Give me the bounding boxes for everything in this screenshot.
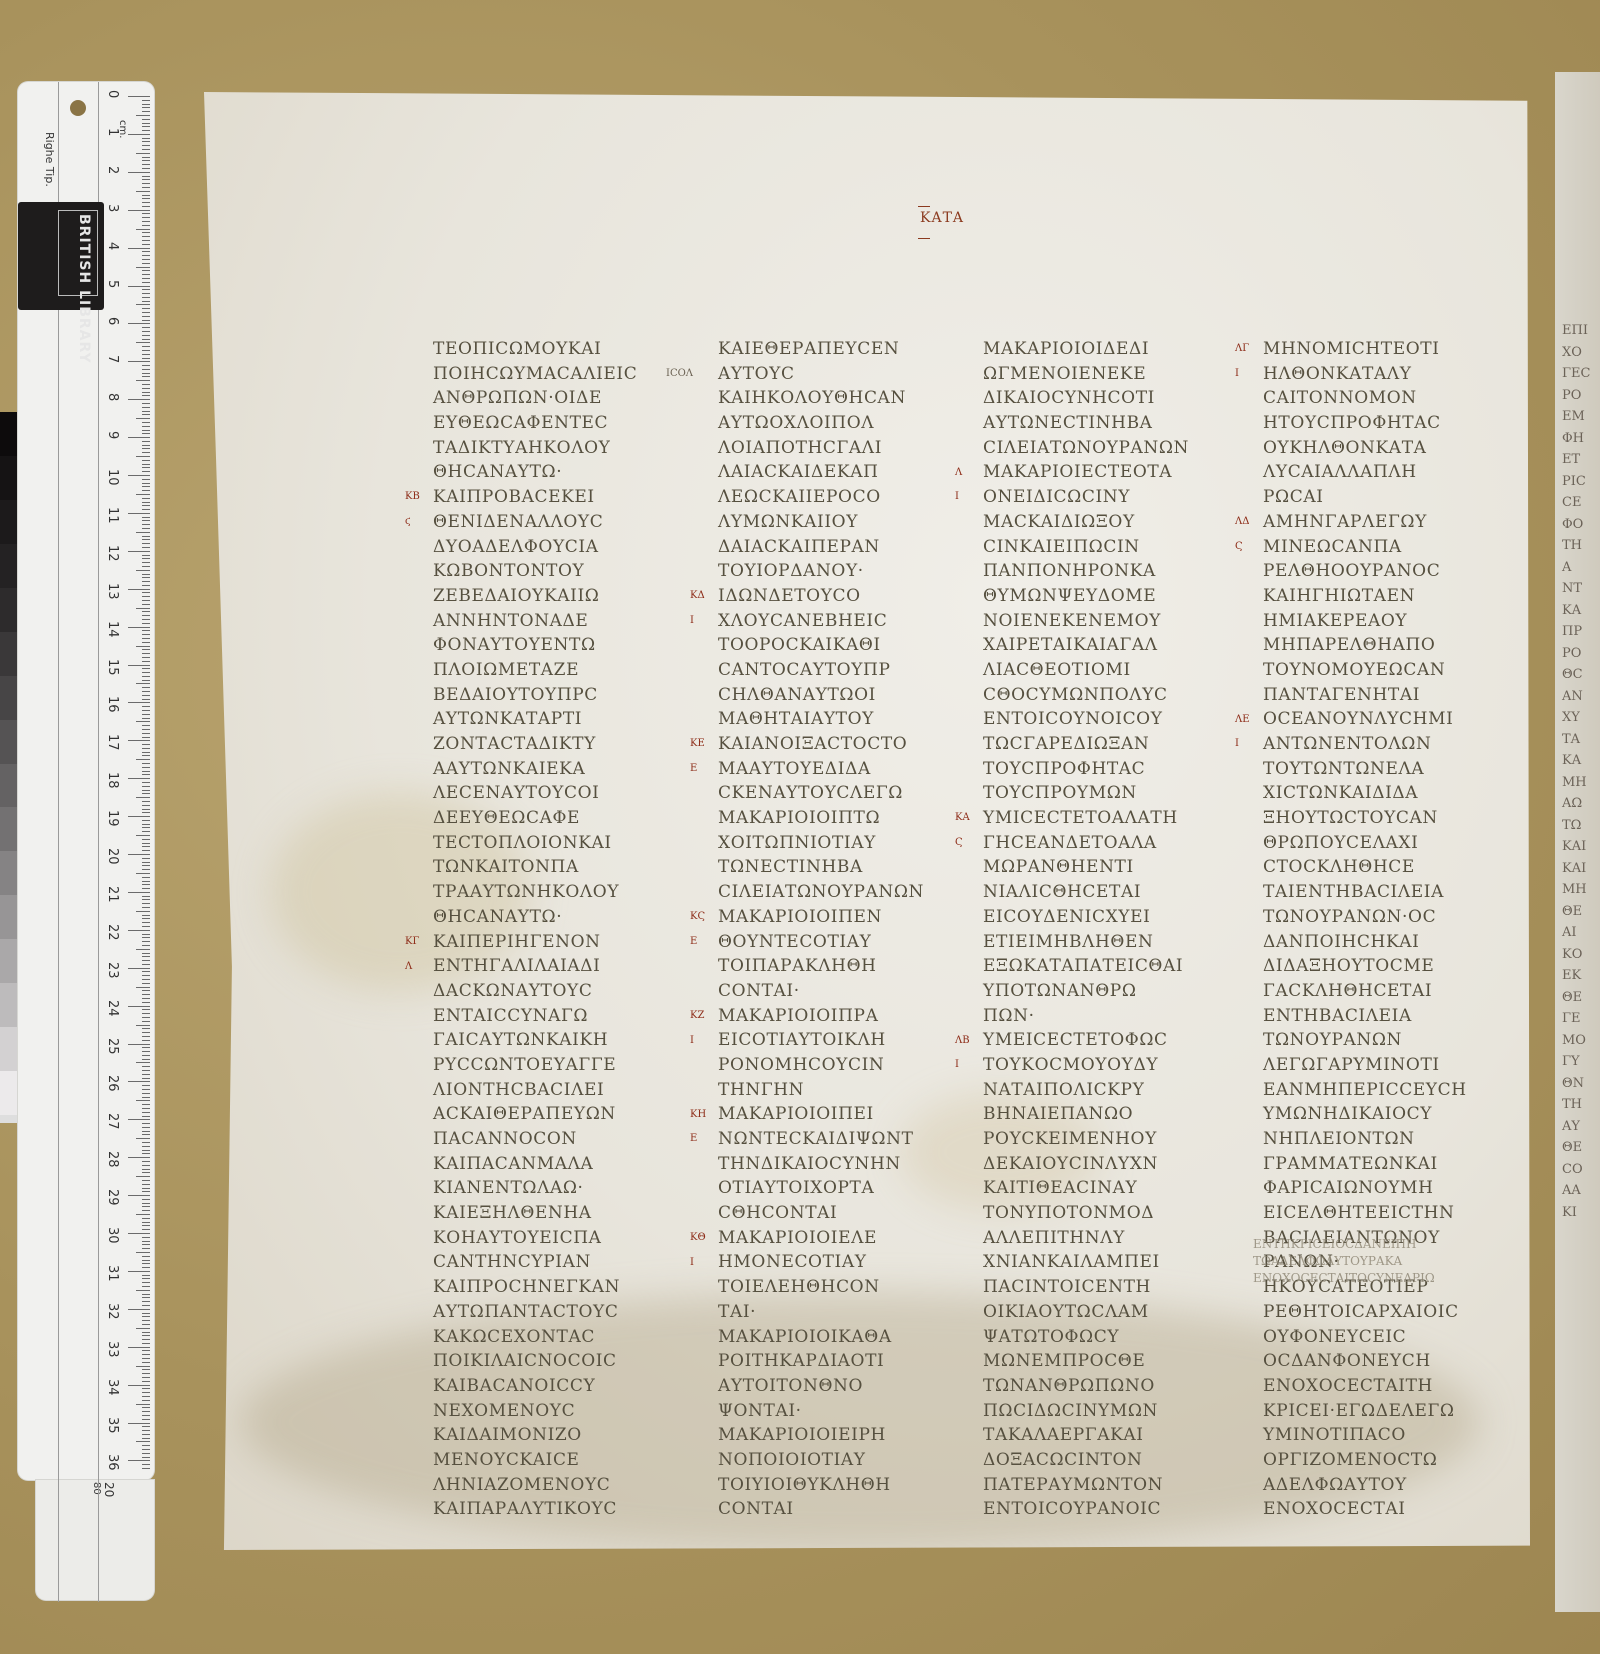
marginal-section-number: Ι — [690, 1257, 694, 1268]
ruler-bottom-tab: 20 80 — [36, 1480, 154, 1600]
ruler-tick — [142, 160, 150, 161]
ruler-tick — [142, 126, 150, 127]
ruler-tick — [142, 881, 150, 882]
marginal-section-number: Ϛ — [955, 837, 963, 848]
centimetre-scale: 0123456789101112131415161718192021222324… — [104, 96, 150, 1496]
marginal-section-number: Ι — [1235, 738, 1239, 749]
manuscript-line: ΤΗΝΓΗΝ — [718, 1078, 924, 1103]
marginal-section-number: ΚΓ — [405, 936, 419, 947]
photograph-scene: 20 80 0123456789101112131415161718192021… — [0, 0, 1600, 1654]
manuscript-line: ΝΟΠΟΙΟΙΟΤΙΑΥ — [718, 1448, 924, 1473]
ruler-tick — [142, 107, 150, 108]
cm-label: 30 — [105, 1227, 120, 1244]
ruler-tick — [128, 134, 150, 135]
ruler-tick — [142, 138, 150, 139]
ruler-tick — [142, 839, 150, 840]
ruler-tick — [142, 1381, 150, 1382]
ruler-tick — [142, 786, 150, 787]
ruler-tick — [142, 388, 150, 389]
ruler-tick — [142, 100, 150, 101]
ruler-tick — [136, 115, 150, 116]
ruler-tick — [142, 1362, 150, 1363]
ruler-tick — [128, 286, 150, 287]
ruler-tick — [142, 1206, 150, 1207]
ruler-tick — [142, 471, 150, 472]
manuscript-line: ΛΕΩϹΚΑΙΙΕΡΟϹΟ — [718, 485, 924, 510]
manuscript-line: ΓΡΑΜΜΑΤΕΩΝΚΑΙ — [1263, 1152, 1467, 1177]
ruler-tick — [142, 547, 150, 548]
ruler-tick — [142, 104, 150, 105]
ruler-tick — [142, 1241, 150, 1242]
ruler-tick — [142, 956, 150, 957]
manuscript-line: ΑΥΤΩΝΚΑΤΑΡΤΙ — [433, 707, 637, 732]
ruler-tick — [142, 145, 150, 146]
ruler-tick — [142, 1419, 150, 1420]
ruler-tick — [142, 1188, 150, 1189]
ruler-tick — [136, 532, 150, 533]
ruler-tick — [142, 1059, 150, 1060]
ruler-tick — [142, 615, 150, 616]
ruler-tick — [142, 1180, 150, 1181]
ruler-tick — [142, 1237, 150, 1238]
ruler-tick — [142, 771, 150, 772]
marginal-section-number: Ι — [955, 1059, 959, 1070]
ruler-tick — [142, 1332, 150, 1333]
manuscript-line: ΛΟΙΑΠΟΤΗϹΓΑΛΙ — [718, 436, 924, 461]
manuscript-line: ΚΑΚΩϹΕΧΟΝΤΑϹ — [433, 1325, 637, 1350]
ruler-tick — [142, 1430, 150, 1431]
ruler-tick — [128, 930, 150, 931]
manuscript-line: ΜΗΝΟΜΙϹΗΤΕΟΤΙ — [1263, 337, 1467, 362]
ruler-tick — [142, 392, 150, 393]
ruler-tick — [142, 566, 150, 567]
ruler-tick — [142, 661, 150, 662]
manuscript-line: ΠΩϹΙΔΩϹΙΝΥΜΩΝ — [983, 1399, 1189, 1424]
ruler-tick — [142, 206, 150, 207]
ruler-tick — [142, 183, 150, 184]
manuscript-line: ΚΑΙΑΝΟΙΞΑϹΤΟϹΤΟ — [718, 732, 924, 757]
ruler-tick — [142, 293, 150, 294]
ruler-tick — [142, 1278, 150, 1279]
ruler-tick — [142, 604, 150, 605]
ruler-tick — [142, 403, 150, 404]
ruler-tick — [142, 1066, 150, 1067]
ruler-tick — [142, 1407, 150, 1408]
manuscript-line: ΥΜΙΝΟΤΙΠΑϹΟ — [1263, 1423, 1467, 1448]
manuscript-line: ΛΗΝΙΑΖΟΜΕΝΟΥϹ — [433, 1473, 637, 1498]
ruler-tick — [142, 278, 150, 279]
ruler-tick — [142, 718, 150, 719]
ruler-tick — [136, 1366, 150, 1367]
cm-label: 36 — [105, 1454, 120, 1471]
cm-label: 2 — [105, 166, 120, 174]
ruler-tick — [136, 646, 150, 647]
ruler-tick — [142, 1134, 150, 1135]
manuscript-line: ΠΑΤΕΡΑΥΜΩΝΤΟΝ — [983, 1473, 1189, 1498]
ruler-tick — [142, 1396, 150, 1397]
ruler-tick — [142, 1343, 150, 1344]
ruler-tick — [142, 634, 150, 635]
ruler-tick — [142, 926, 150, 927]
manuscript-line: ΤΑΚΑΛΑΕΡΓΑΚΑΙ — [983, 1423, 1189, 1448]
ruler-tick — [142, 1335, 150, 1336]
cm-label: 18 — [105, 772, 120, 789]
ruler-tick — [128, 1157, 150, 1158]
manuscript-line: ΚΑΙΠΑϹΑΝΜΑΛΑ — [433, 1152, 637, 1177]
marginal-section-number: Ε — [690, 763, 697, 774]
ruler-tick — [142, 331, 150, 332]
ruler-tick — [136, 987, 150, 988]
manuscript-line: ΤΟΥΙΟΡΔΑΝΟΥ· — [718, 559, 924, 584]
ruler-tick — [142, 1116, 150, 1117]
ruler-tick — [128, 854, 150, 855]
manuscript-line: ΗΜΟΝΕϹΟΤΙΑΥ — [718, 1250, 924, 1275]
manuscript-line: ΔΙΔΑΞΗΟΥΤΟϹΜΕ — [1263, 954, 1467, 979]
marginal-section-number: Ι — [690, 615, 694, 626]
ruler-tick — [128, 1347, 150, 1348]
manuscript-line: ΑΥΤΟΥϹ — [718, 362, 924, 387]
ruler-tick — [142, 422, 150, 423]
ruler-tick — [142, 801, 150, 802]
ruler-tick — [142, 1373, 150, 1374]
marginal-section-number: ΚΕ — [690, 738, 705, 749]
ruler-tick — [142, 691, 150, 692]
ruler-tick — [142, 1415, 150, 1416]
ruler-tick — [142, 1146, 150, 1147]
manuscript-line: ΚΑΙΕΘΕΡΑΠΕΥϹΕΝ — [718, 337, 924, 362]
ruler-tick — [142, 1078, 150, 1079]
ruler-tick — [142, 384, 150, 385]
ruler-tick — [142, 1438, 150, 1439]
manuscript-line: ΘΥΜΩΝΨΕΥΔΟΜΕ — [983, 584, 1189, 609]
ruler-tick — [142, 744, 150, 745]
manuscript-line: ΚΑΙΗΚΟΛΟΥΘΗϹΑΝ — [718, 386, 924, 411]
ruler-tick — [142, 1093, 150, 1094]
manuscript-line: ΚΑΙΗΓΗΙΩΤΑΕΝ — [1263, 584, 1467, 609]
ruler-tick — [128, 1423, 150, 1424]
ruler-tick — [142, 1218, 150, 1219]
ruler-tick — [142, 630, 150, 631]
manuscript-line: ΤΟΥΤΩΝΤΩΝΕΛΑ — [1263, 757, 1467, 782]
ruler-tick — [142, 699, 150, 700]
ruler-tick — [128, 323, 150, 324]
ruler-tick — [136, 721, 150, 722]
manuscript-line: ϹΚΕΝΑΥΤΟΥϹΛΕΓΩ — [718, 781, 924, 806]
ruler-tick — [142, 809, 150, 810]
ruler-tick — [142, 1457, 150, 1458]
ruler-tick — [142, 1263, 150, 1264]
ruler-tick — [142, 1369, 150, 1370]
manuscript-line: ΧΝΙΑΝΚΑΙΛΑΜΠΕΙ — [983, 1250, 1189, 1275]
cm-label: 28 — [105, 1151, 120, 1168]
marginal-section-number: Λ — [955, 467, 962, 478]
ruler-tick — [142, 1316, 150, 1317]
ruler-tick — [142, 805, 150, 806]
ruler-tick — [142, 642, 150, 643]
cm-label: 34 — [105, 1379, 120, 1396]
manuscript-line: ΑΛΛΕΠΙΤΗΝΛΥ — [983, 1226, 1189, 1251]
ruler-tick — [142, 524, 150, 525]
cm-label: 0 — [105, 90, 120, 98]
ruler-tick — [136, 229, 150, 230]
ruler-tick — [142, 619, 150, 620]
manuscript-line: ϹΑΙΤΟΝΝΟΜΟΝ — [1263, 386, 1467, 411]
cm-label: 32 — [105, 1303, 120, 1320]
ruler-tick — [142, 596, 150, 597]
text-column-3: ΜΑΚΑΡΙΟΙΟΙΔΕΔΙΩΓΜΕΝΟΙΕΝΕΚΕΔΙΚΑΙΟϹΥΝΗϹΟΤΙ… — [983, 337, 1189, 1522]
ruler-tick — [142, 1085, 150, 1086]
ruler-tick — [142, 600, 150, 601]
cm-label: 25 — [105, 1038, 120, 1055]
ruler-tick — [142, 327, 150, 328]
ruler-tick — [142, 672, 150, 673]
ruler-tick — [128, 778, 150, 779]
ruler-tick — [142, 1017, 150, 1018]
manuscript-line: ΟΡΓΙΖΟΜΕΝΟϹΤΩ — [1263, 1448, 1467, 1473]
ruler-tick — [142, 729, 150, 730]
manuscript-line: ΘΟΥΝΤΕϹΟΤΙΑΥ — [718, 930, 924, 955]
ruler-tick — [142, 1225, 150, 1226]
ruler-tick — [142, 710, 150, 711]
text-column-1: ΤΕΟΠΙϹΩΜΟΥΚΑΙΠΟΙΗϹΩΥΜΑϹΑΛΙΕΙϹΑΝΘΡΩΠΩΝ·ΟΙ… — [433, 337, 637, 1522]
manuscript-line: ΞΗΟΥΤΩϹΤΟΥϹΑΝ — [1263, 806, 1467, 831]
ruler-tick — [142, 141, 150, 142]
ruler-tick — [128, 1309, 150, 1310]
ruler-tick — [142, 346, 150, 347]
ruler-tick — [142, 1282, 150, 1283]
ruler-tick — [142, 748, 150, 749]
ruler-tick — [142, 157, 150, 158]
manuscript-line: ΕΝΤΟΙϹΟΥΡΑΝΟΙϹ — [983, 1497, 1189, 1522]
text-column-4: ΜΗΝΟΜΙϹΗΤΕΟΤΙΗΛΘΟΝΚΑΤΑΛΥϹΑΙΤΟΝΝΟΜΟΝΗΤΟΥϹ… — [1263, 337, 1467, 1522]
ruler-tick — [142, 774, 150, 775]
manuscript-line: ΕΝΟΧΟϹΕϹΤΑΙ — [1263, 1497, 1467, 1522]
ruler-tick — [142, 1339, 150, 1340]
manuscript-line: ΘΕΝΙΔΕΝΑΛΛΟΥϹ — [433, 510, 637, 535]
ruler-tick — [142, 202, 150, 203]
ruler-tick — [142, 236, 150, 237]
marginal-section-number: Ι — [690, 1035, 694, 1046]
manuscript-line: ΝΟΙΕΝΕΚΕΝΕΜΟΥ — [983, 609, 1189, 634]
manuscript-line: ϹΤΟϹΚΛΗΘΗϹΕ — [1263, 855, 1467, 880]
manuscript-line: ΔΕΕΥΘΕΩϹΑΦΕ — [433, 806, 637, 831]
ruler-tick — [142, 915, 150, 916]
ruler-tick — [142, 1013, 150, 1014]
ruler-tick — [142, 733, 150, 734]
manuscript-line: ΔΑΝΠΟΙΗϹΗΚΑΙ — [1263, 930, 1467, 955]
ruler-tick — [142, 1123, 150, 1124]
ruler-tick — [142, 301, 150, 302]
ruler-tick — [142, 1222, 150, 1223]
ruler-tick — [128, 1081, 150, 1082]
manuscript-line: ΡΕΛΘΗΟΟΥΡΑΝΟϹ — [1263, 559, 1467, 584]
ruler-tick — [136, 1138, 150, 1139]
manuscript-line: ΕΝΤΑΙϹϹΥΝΑΓΩ — [433, 1004, 637, 1029]
cm-label: 20 — [105, 848, 120, 865]
ruler-tick — [142, 395, 150, 396]
ruler-tick — [142, 577, 150, 578]
cm-label: 24 — [105, 1000, 120, 1017]
manuscript-line: ΜΕΝΟΥϹΚΑΙϹΕ — [433, 1448, 637, 1473]
cm-label: 23 — [105, 962, 120, 979]
ruler-tick — [142, 221, 150, 222]
facing-leaf-text: ΕΠΙ ΧΟ ΓΕϹ ΡΟ ΕΜ ΦΗ ΕΤ ΡΙϹ ϹΕ ΦΟ ΤΗ Α ΝΤ… — [1562, 320, 1590, 1223]
manuscript-line: ΤΩΝΟΥΡΑΝΩΝ·ΟϹ — [1263, 905, 1467, 930]
ruler-tick — [142, 592, 150, 593]
corrector-note: ΕΝΤΗΚΡΙϹΕΙΟϹΔΑΝΕΙΠΗ ΤΩΑΔΕΛΦΩΑΥΤΟΥΡΑΚΑ ΕΝ… — [1253, 1236, 1435, 1287]
manuscript-line: ΤΟΙΠΑΡΑΚΛΗΘΗ — [718, 954, 924, 979]
ruler-tick — [142, 877, 150, 878]
cm-label: 27 — [105, 1113, 120, 1130]
manuscript-line: ΛΑΙΑϹΚΑΙΔΕΚΑΠ — [718, 460, 924, 485]
manuscript-line: ΜΑΚΑΡΙΟΙΟΙΠΤΩ — [718, 806, 924, 831]
ruler-tick — [128, 172, 150, 173]
manuscript-line: ΡΕΘΗΤΟΙϹΑΡΧΑΙΟΙϹ — [1263, 1300, 1467, 1325]
ruler-tick — [136, 153, 150, 154]
manuscript-line: ΑΥΤΩΠΑΝΤΑϹΤΟΥϹ — [433, 1300, 637, 1325]
manuscript-line: ΠΑΝΤΑΓΕΝΗΤΑΙ — [1263, 683, 1467, 708]
ruler-tick — [142, 123, 150, 124]
manuscript-line: ΔΑϹΚΩΝΑΥΤΟΥϹ — [433, 979, 637, 1004]
manuscript-line: ΟΤΙΑΥΤΟΙΧΟΡΤΑ — [718, 1176, 924, 1201]
ruler-tick — [142, 426, 150, 427]
manuscript-line: ΤΟΝΥΠΟΤΟΝΜΟΔ — [983, 1201, 1189, 1226]
ruler-tick — [142, 149, 150, 150]
ruler-tick — [142, 1203, 150, 1204]
manuscript-line: ΤΡΑΑΥΤΩΝΗΚΟΛΟΥ — [433, 880, 637, 905]
ruler-tick — [142, 339, 150, 340]
ruler-tick — [136, 797, 150, 798]
manuscript-line: ΑΜΗΝΓΑΡΛΕΓΩΥ — [1263, 510, 1467, 535]
ruler-tick — [142, 763, 150, 764]
ruler-tick — [142, 354, 150, 355]
ruler-tick — [142, 111, 150, 112]
manuscript-line: ΚΑΙΠΡΟΒΑϹΕΚΕΙ — [433, 485, 637, 510]
manuscript-line: ΨΑΤΩΤΟΦΩϹΥ — [983, 1325, 1189, 1350]
ruler-tick — [142, 505, 150, 506]
ruler-tick — [142, 1305, 150, 1306]
manuscript-line: ΤΟΙΕΛΕΗΘΗϹΟΝ — [718, 1275, 924, 1300]
ruler-tick — [142, 543, 150, 544]
cm-label: 6 — [105, 317, 120, 325]
ruler-tick — [128, 816, 150, 817]
ruler-tick — [142, 888, 150, 889]
ruler-tick — [142, 1350, 150, 1351]
running-head-overline — [918, 206, 930, 207]
ruler-tick — [142, 1142, 150, 1143]
ruler-tick — [142, 502, 150, 503]
manuscript-line: ΤΑΙΕΝΤΗΒΑϹΙΛΕΙΑ — [1263, 880, 1467, 905]
manuscript-line: ΙΔΩΝΔΕΤΟΥϹΟ — [718, 584, 924, 609]
ruler-tick — [142, 649, 150, 650]
manuscript-line: ΜΑΚΑΡΙΟΙΕϹΤΕΟΤΑ — [983, 460, 1189, 485]
ruler-tick — [142, 251, 150, 252]
marginal-section-number: Λ — [405, 961, 412, 972]
ruler-tick — [128, 513, 150, 514]
manuscript-line: ΗΛΘΟΝΚΑΤΑΛΥ — [1263, 362, 1467, 387]
ruler-tick — [142, 1097, 150, 1098]
ruler-tick — [142, 725, 150, 726]
manuscript-line: ϹΑΝΤΟϹΑΥΤΟΥΠΡ — [718, 658, 924, 683]
ruler-tick — [142, 407, 150, 408]
ruler-tick — [142, 676, 150, 677]
manuscript-line: ΠΑΝΠΟΝΗΡΟΝΚΑ — [983, 559, 1189, 584]
ruler-tick — [142, 934, 150, 935]
ruler-tick — [142, 899, 150, 900]
ruler-tick — [142, 1267, 150, 1268]
manuscript-line: ΡΟΝΟΜΗϹΟΥϹΙΝ — [718, 1053, 924, 1078]
cm-label: 10 — [105, 469, 120, 486]
ruler-tick — [142, 1464, 150, 1465]
manuscript-line: ΔΕΚΑΙΟΥϹΙΝΛΥΧΝ — [983, 1152, 1189, 1177]
ruler-tick — [142, 1127, 150, 1128]
ruler-tick — [128, 627, 150, 628]
ruler-tick — [136, 1176, 150, 1177]
ruler-tick — [142, 1286, 150, 1287]
ruler-tick — [142, 168, 150, 169]
ruler-tick — [142, 1112, 150, 1113]
ruler-tick — [136, 267, 150, 268]
manuscript-line: ΑΑΥΤΩΝΚΑΙΕΚΑ — [433, 757, 637, 782]
ruler-hang-hole — [70, 100, 86, 116]
manuscript-line: ΔΟΞΑϹΩϹΙΝΤΟΝ — [983, 1448, 1189, 1473]
manuscript-line: ΚΙΑΝΕΝΤΩΛΑΩ· — [433, 1176, 637, 1201]
manuscript-line: ΜΑΚΑΡΙΟΙΟΙΔΕΔΙ — [983, 337, 1189, 362]
ruler-tick — [142, 289, 150, 290]
ruler-tick — [142, 316, 150, 317]
ruler-tick — [142, 555, 150, 556]
ruler-tick — [128, 475, 150, 476]
ruler-tick — [142, 373, 150, 374]
manuscript-line: ΓΑϹΚΛΗΘΗϹΕΤΑΙ — [1263, 979, 1467, 1004]
ruler-tick — [142, 827, 150, 828]
cm-label: 33 — [105, 1341, 120, 1358]
cm-label: 12 — [105, 545, 120, 562]
ruler-tick — [142, 812, 150, 813]
manuscript-line: ΜΑΚΑΡΙΟΙΟΙΚΑΘΑ — [718, 1325, 924, 1350]
manuscript-line: ΟΙΚΙΑΟΥΤΩϹΛΑΜ — [983, 1300, 1189, 1325]
manuscript-line: ϹΙΛΕΙΑΤΩΝΟΥΡΑΝΩΝ — [718, 880, 924, 905]
ruler-tick — [142, 464, 150, 465]
ruler-tick — [142, 433, 150, 434]
manuscript-line: ΒΗΝΑΙΕΠΑΝΩΟ — [983, 1102, 1189, 1127]
ruler-tick — [142, 869, 150, 870]
ruler-tick — [142, 1199, 150, 1200]
ruler-tick — [142, 846, 150, 847]
cm-label: 26 — [105, 1075, 120, 1092]
manuscript-line: ΟΝΕΙΔΙϹΩϹΙΝΥ — [983, 485, 1189, 510]
manuscript-line: ΜΑΚΑΡΙΟΙΟΙΠΕΙ — [718, 1102, 924, 1127]
ruler-tick — [136, 683, 150, 684]
ruler-tick — [142, 539, 150, 540]
ruler-tick — [136, 835, 150, 836]
manuscript-line: ΕΙϹΕΛΘΗΤΕΕΙϹΤΗΝ — [1263, 1201, 1467, 1226]
cm-label: 17 — [105, 734, 120, 751]
ruler-tick — [136, 1062, 150, 1063]
manuscript-line: ΛΙΟΝΤΗϹΒΑϹΙΛΕΙ — [433, 1078, 637, 1103]
manuscript-line: ΚΡΙϹΕΙ·ΕΓΩΔΕΛΕΓΩ — [1263, 1399, 1467, 1424]
manuscript-line: ΤΟΥϹΠΡΟΦΗΤΑϹ — [983, 757, 1189, 782]
ruler-tick — [142, 498, 150, 499]
ruler-tick — [142, 1169, 150, 1170]
ruler-tick — [128, 1044, 150, 1045]
marginal-section-number: ΛΒ — [955, 1035, 970, 1046]
manuscript-line: ϹΟΝΤΑΙ — [718, 1497, 924, 1522]
ruler-tick — [142, 782, 150, 783]
ruler-tick — [142, 941, 150, 942]
manuscript-line: ΚΑΙΠΕΡΙΗΓΕΝΟΝ — [433, 930, 637, 955]
ruler-tick — [142, 1388, 150, 1389]
